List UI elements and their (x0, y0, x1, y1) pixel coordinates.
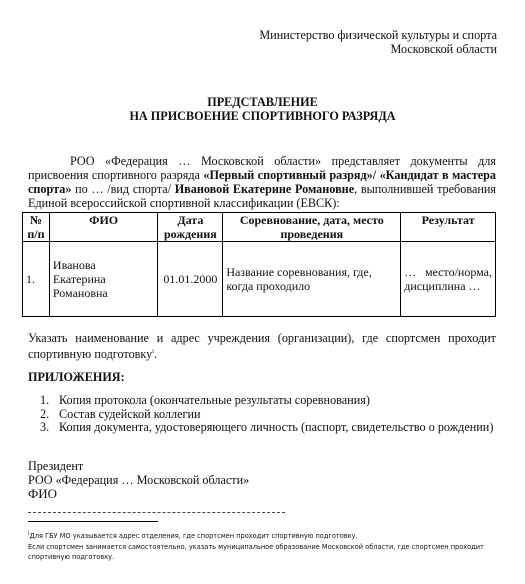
table-header-row: №п/п ФИО Датарождения Соревнование, дата… (23, 213, 496, 242)
title-line-2: НА ПРИСВОЕНИЕ СПОРТИВНОГО РАЗРЯДА (0, 109, 525, 123)
item-number: 3. (40, 421, 59, 435)
signatory-name: ФИО (28, 487, 249, 501)
document-title: ПРЕДСТАВЛЕНИЕ НА ПРИСВОЕНИЕ СПОРТИВНОГО … (0, 95, 525, 123)
ministry-line-1: Министерство физической культуры и спорт… (259, 28, 497, 42)
header-birth-date: Датарождения (158, 213, 223, 242)
footnote-separator (28, 521, 158, 522)
item-text: Копия документа, удостоверяющего личност… (59, 421, 493, 435)
signatory-position: Президент (28, 460, 249, 474)
intro-sport: по … /вид спорта/ (71, 182, 174, 196)
header-number: №п/п (23, 213, 50, 242)
fio-name: Екатерина (53, 272, 154, 286)
table-row: 1. Иванова Екатерина Романовна 01.01.200… (23, 242, 496, 317)
note-text: Указать наименование и адрес учреждения … (28, 331, 496, 361)
header-result: Результат (401, 213, 496, 242)
ministry-line-2: Московской области (259, 42, 497, 56)
athlete-name: Ивановой Екатерине Романовне (175, 182, 354, 196)
cell-fio: Иванова Екатерина Романовна (49, 242, 157, 317)
fio-patronymic: Романовна (53, 286, 154, 300)
cell-birth-date: 01.01.2000 (158, 242, 223, 317)
cell-competition: Название соревнования, где, когда проход… (223, 242, 401, 317)
cell-number: 1. (23, 242, 50, 317)
signatory-organization: РОО «Федерация … Московской области» (28, 474, 249, 488)
institution-note: Указать наименование и адрес учреждения … (28, 331, 496, 361)
ministry-header: Министерство физической культуры и спорт… (259, 28, 497, 56)
athlete-table: №п/п ФИО Датарождения Соревнование, дата… (22, 212, 496, 317)
header-fio: ФИО (49, 213, 157, 242)
item-number: 1. (40, 394, 59, 408)
cell-result: … место/норма, дисциплина … (401, 242, 496, 317)
signature-block: Президент РОО «Федерация … Московской об… (28, 460, 249, 501)
signature-line (28, 512, 285, 513)
footnotes: iДля ГБУ МО указывается адрес отделения,… (28, 529, 498, 563)
list-item: 3.Копия документа, удостоверяющего лично… (40, 421, 493, 435)
title-line-1: ПРЕДСТАВЛЕНИЕ (0, 95, 525, 109)
header-competition: Соревнование, дата, местопроведения (223, 213, 401, 242)
list-item: 2.Состав судейской коллегии (40, 408, 493, 422)
item-number: 2. (40, 408, 59, 422)
appendices-list: 1.Копия протокола (окончательные результ… (40, 394, 493, 435)
footnote-line-1: Для ГБУ МО указывается адрес отделения, … (30, 532, 358, 540)
footnote-line-2: Если спортсмен занимается самостоятельно… (28, 542, 498, 563)
list-item: 1.Копия протокола (окончательные результ… (40, 394, 493, 408)
footnote-1: iДля ГБУ МО указывается адрес отделения,… (28, 529, 498, 542)
appendices-title: ПРИЛОЖЕНИЯ: (28, 370, 125, 385)
item-text: Копия протокола (окончательные результат… (59, 394, 370, 408)
intro-paragraph: РОО «Федерация … Московской области» пре… (28, 154, 496, 210)
item-text: Состав судейской коллегии (59, 408, 201, 422)
note-end: . (154, 347, 157, 361)
fio-surname: Иванова (53, 258, 154, 272)
